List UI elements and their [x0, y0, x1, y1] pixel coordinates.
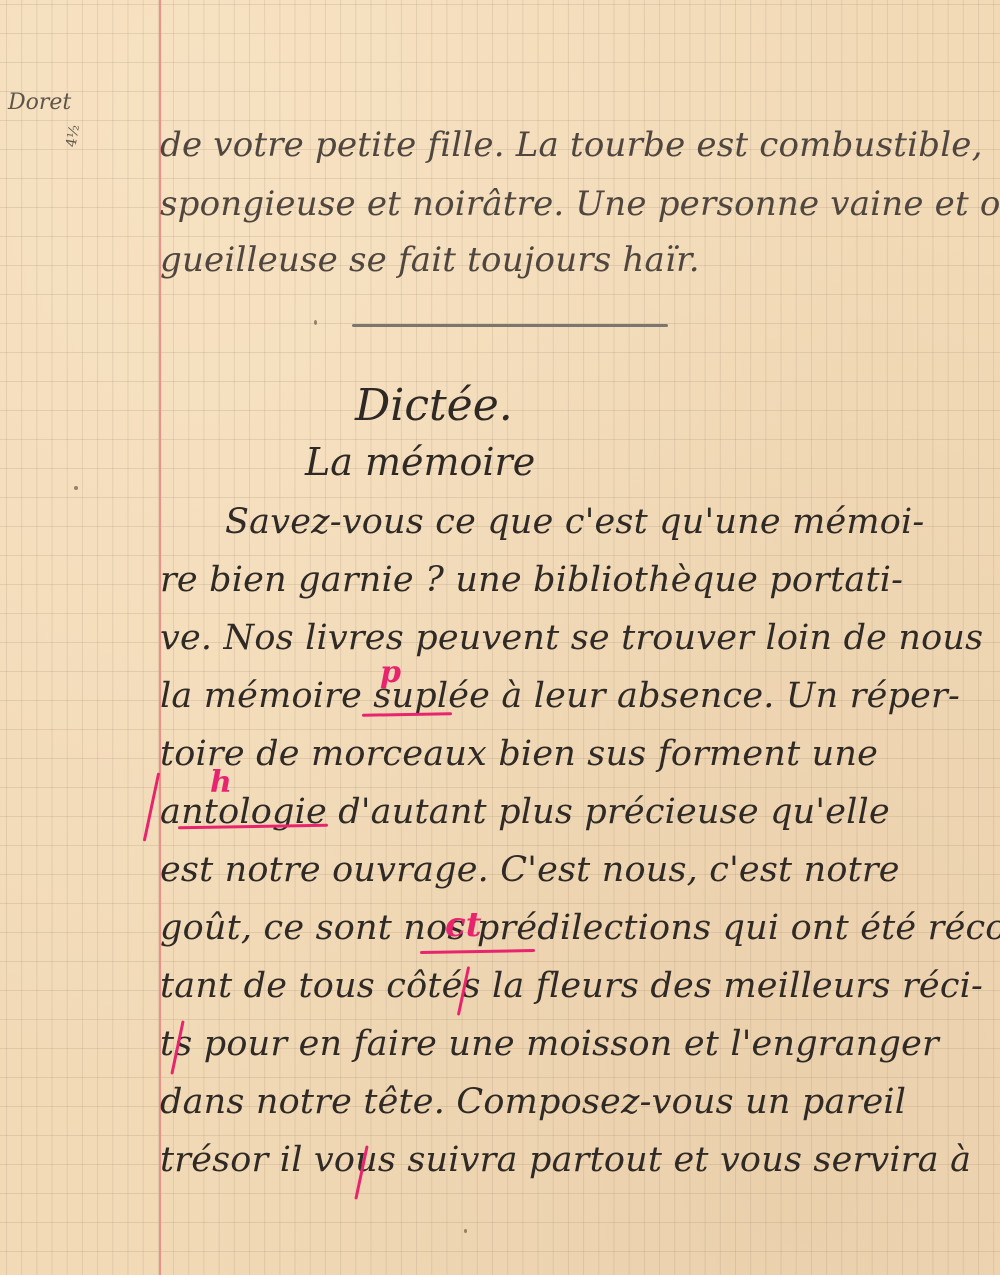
correction-insert: ct: [445, 905, 481, 945]
text-line: re bien garnie ? une bibliothèque portat…: [160, 560, 903, 600]
paper-speck: [74, 486, 78, 490]
text-line: goût, ce sont nos prédilections qui ont …: [160, 908, 1000, 948]
text-line: tant de tous côtés la fleurs des meilleu…: [160, 966, 983, 1006]
text-line: ve. Nos livres peuvent se trouver loin d…: [160, 618, 983, 658]
text-line: toire de morceaux bien sus forment une: [160, 734, 878, 774]
text-line: trésor il vous suivra partout et vous se…: [160, 1140, 971, 1180]
correction-slash: [143, 772, 160, 841]
dictation-title: La mémoire: [305, 440, 535, 484]
grade-mark: 4½: [63, 124, 83, 149]
dictation-heading: Dictée.: [355, 380, 513, 431]
text-line: de votre petite fille. La tourbe est com…: [160, 125, 983, 165]
text-line: Savez-vous ce que c'est qu'une mémoi-: [225, 502, 924, 542]
notebook-page: Doret 4½ de votre petite fille. La tourb…: [0, 0, 1000, 1275]
text-line: dans notre tête. Composez-vous un pareil: [160, 1082, 906, 1122]
paper-speck: [314, 320, 317, 325]
paper-speck: [464, 1229, 467, 1233]
text-line: spongieuse et noirâtre. Une personne vai…: [160, 184, 1000, 224]
correction-underline: [420, 949, 535, 954]
text-line: gueilleuse se fait toujours haïr.: [160, 240, 700, 280]
text-line: est notre ouvrage. C'est nous, c'est not…: [160, 850, 900, 890]
correction-underline: [362, 712, 452, 717]
student-name: Doret: [8, 90, 71, 115]
correction-insert: h: [210, 765, 232, 800]
correction-insert: p: [380, 655, 401, 690]
text-line: ts pour en faire une moisson et l'engran…: [160, 1024, 939, 1064]
section-divider: [352, 324, 668, 327]
text-line: la mémoire suplée à leur absence. Un rép…: [160, 676, 960, 716]
